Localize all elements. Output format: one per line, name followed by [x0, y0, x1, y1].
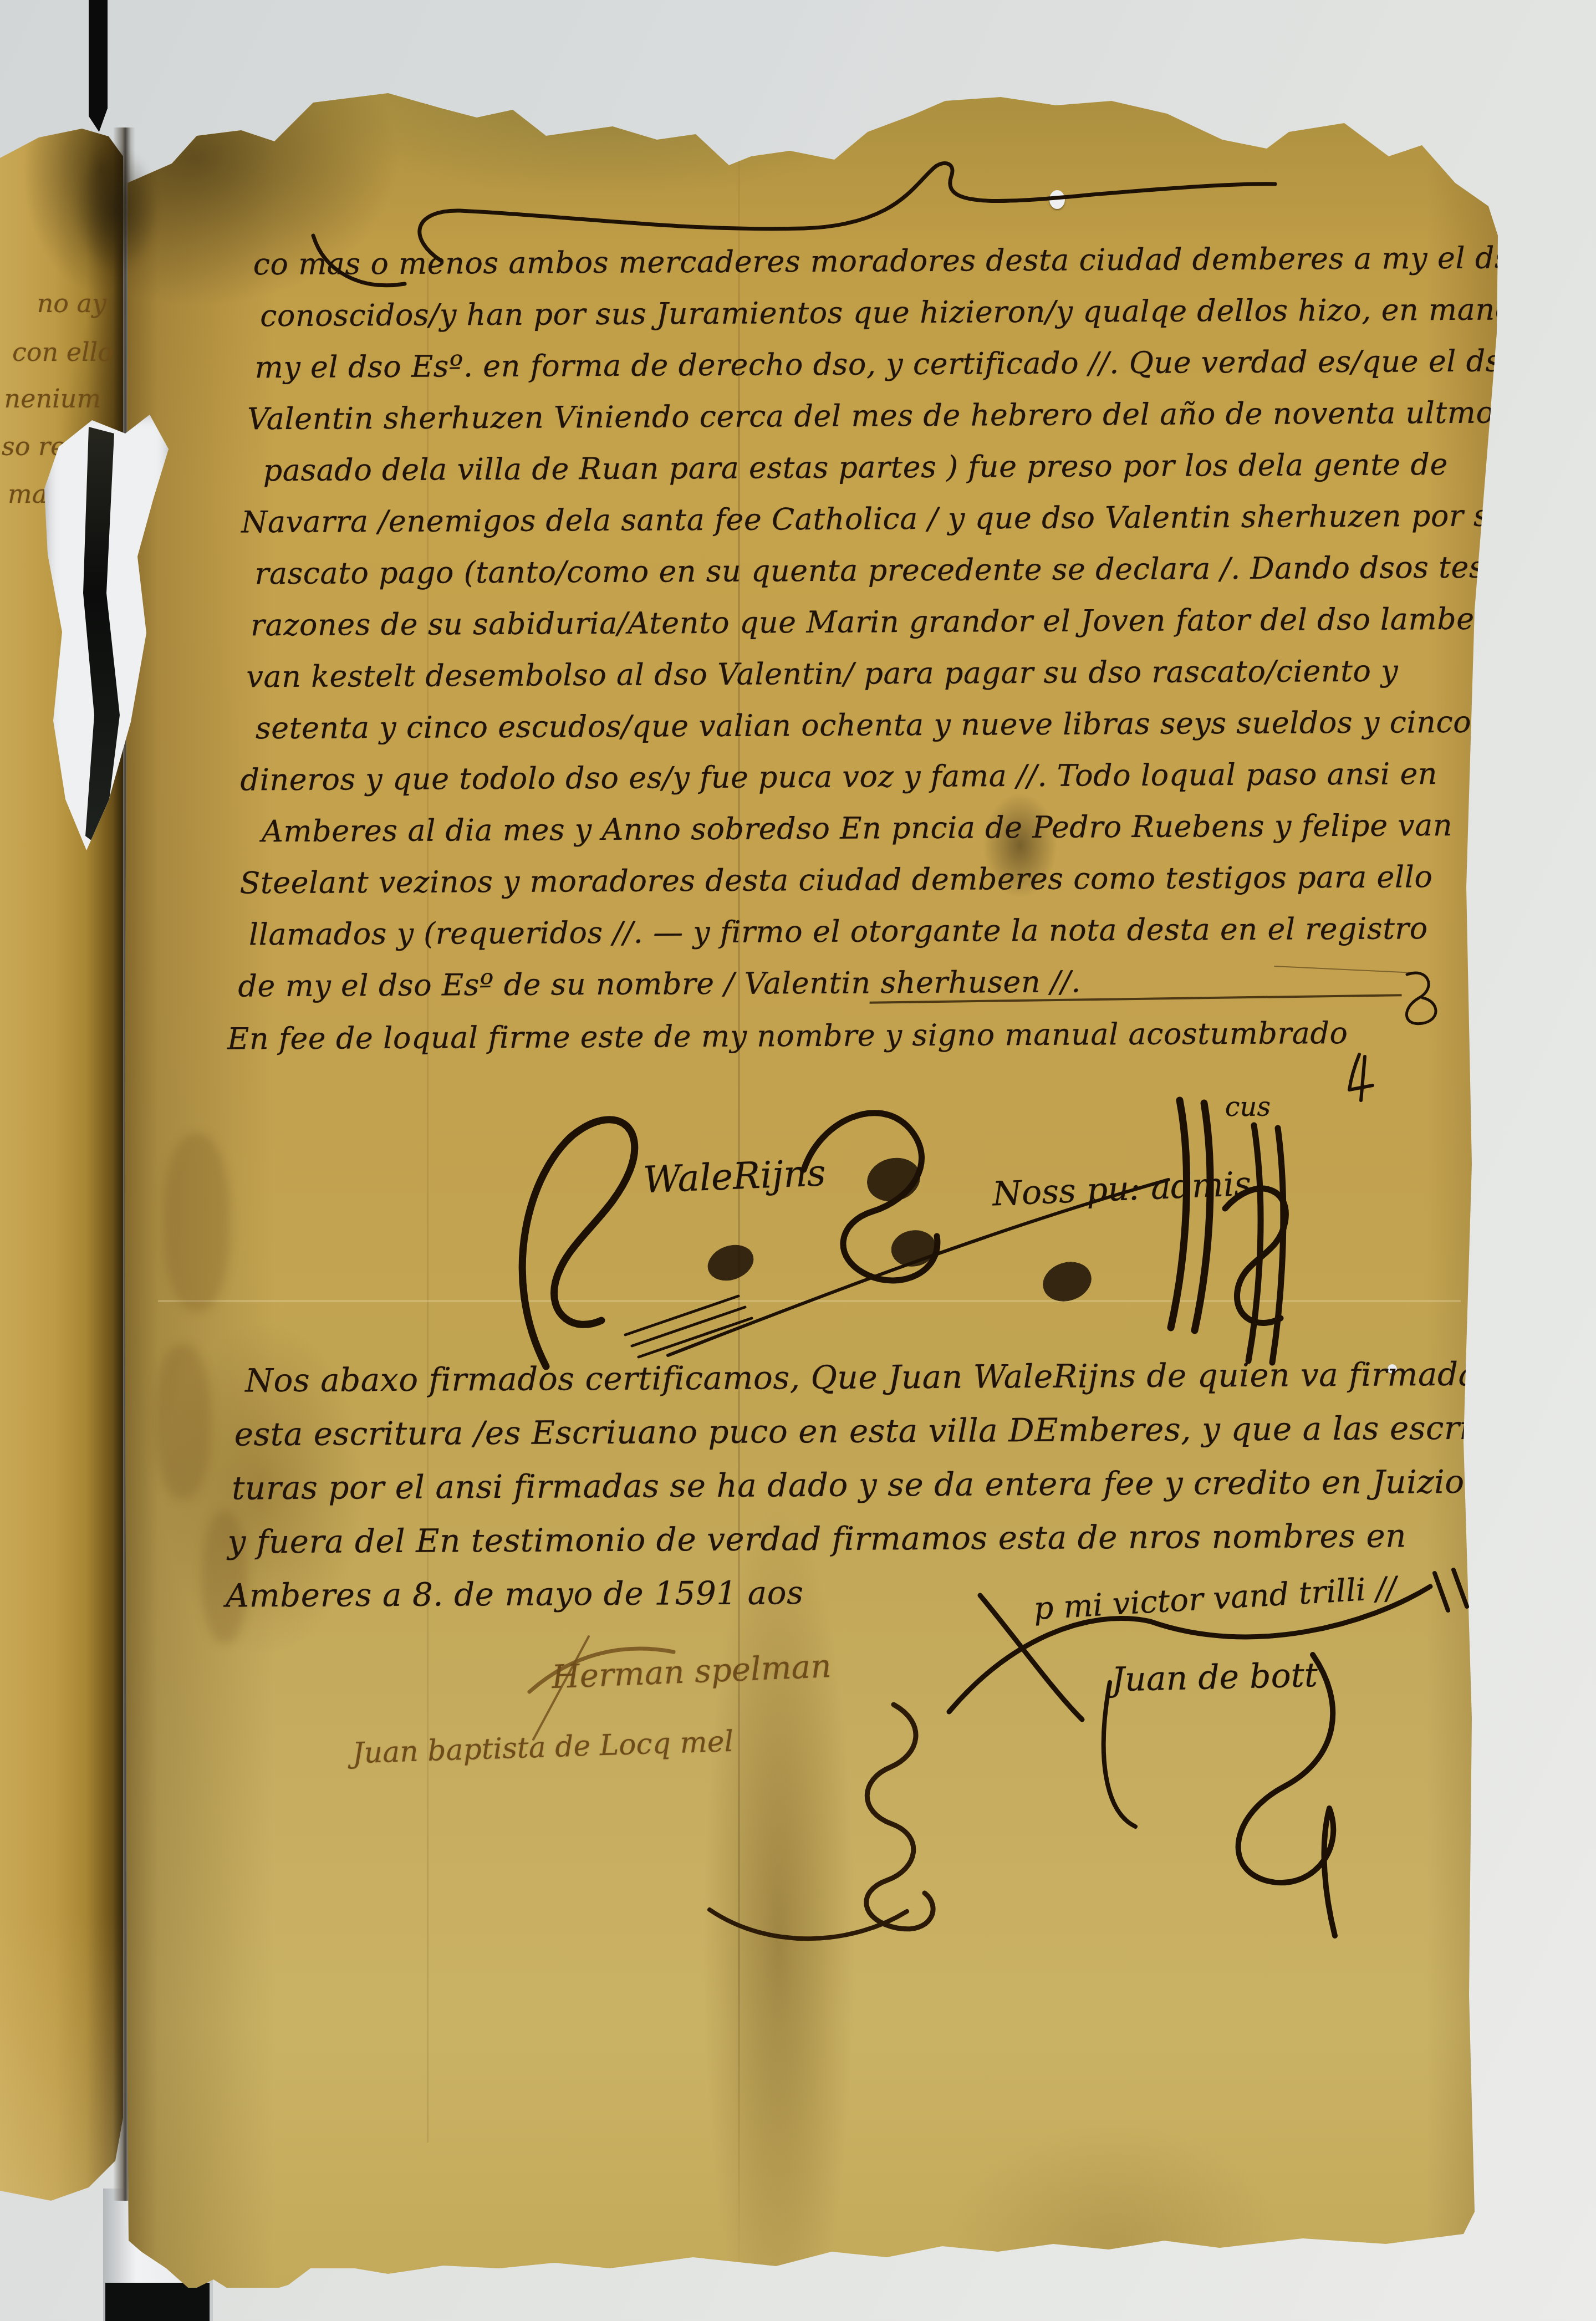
- certification-line: Nos abaxo firmados certificamos, Que Jua…: [245, 1355, 1478, 1400]
- manuscript-text-layer: co mas o menos ambos mercaderes moradore…: [125, 88, 1510, 2292]
- manuscript-line: van kestelt desembolso al dso Valentin/ …: [246, 653, 1398, 694]
- manuscript-line: Amberes al dia mes y Anno sobredso En pn…: [262, 808, 1453, 849]
- notary-title-script: Noss pu: admis: [992, 1165, 1252, 1214]
- manuscript-line: En fee de loqual firme este de my nombre…: [227, 1016, 1348, 1057]
- notary-name-script: WaleRijns: [643, 1151, 827, 1201]
- witness-signature-victor: p mi victor vand trilli //: [1033, 1570, 1398, 1627]
- manuscript-line: dineros y que todolo dso es/y fue puca v…: [240, 756, 1437, 797]
- gutter-smudge: [67, 130, 166, 330]
- witness-signature-juan-de-bott: Juan de bott: [1111, 1656, 1318, 1699]
- manuscript-line: llamados y (requeridos //. — y firmo el …: [249, 911, 1428, 952]
- margin-rule: [1274, 966, 1413, 973]
- manuscript-line: conoscidos/y han por sus Juramientos que…: [260, 292, 1576, 333]
- document-page: co mas o menos ambos mercaderes moradore…: [125, 91, 1498, 2288]
- manuscript-line: setenta y cinco escudos/que valian ochen…: [256, 705, 1471, 746]
- manuscript-line: Steelant vezinos y moradores desta ciuda…: [239, 859, 1432, 900]
- left-leaf-fragment: nenium: [4, 384, 101, 414]
- certification-line: y fuera del En testimonio de verdad firm…: [228, 1517, 1407, 1560]
- notary-side-note: cus: [1225, 1091, 1271, 1123]
- manuscript-line: de my el dso Esº de su nombre / Valentin…: [238, 964, 1081, 1003]
- manuscript-line: razones de su sabiduria/Atento que Marin…: [251, 601, 1520, 642]
- manuscript-line: pasado dela villa de Ruan para estas par…: [263, 447, 1448, 488]
- manuscript-line: co mas o menos ambos mercaderes moradore…: [253, 240, 1590, 282]
- scanner-strip-top: [89, 0, 108, 132]
- certification-line: Amberes a 8. de mayo de 1591 aos: [226, 1574, 804, 1614]
- witness-signature-spelman: Herman spelman: [551, 1647, 832, 1696]
- manuscript-line: Navarra /enemigos dela santa fee Catholi…: [241, 498, 1509, 539]
- left-leaf-fragment: con ello: [12, 337, 113, 367]
- manuscript-line: rascato pago (tanto/como en su quenta pr…: [254, 549, 1560, 591]
- witness-signature-locquenghien: Juan baptista de Locq mel: [352, 1725, 734, 1771]
- certification-line: turas por el ansi firmadas se ha dado y …: [232, 1463, 1465, 1507]
- scanned-document-scene: no ay con ello nenium so resto manos co …: [0, 0, 1596, 2321]
- manuscript-line: my el dso Esº. en forma de derecho dso, …: [254, 343, 1519, 385]
- certification-line: esta escritura /es Escriuano puco en est…: [234, 1409, 1499, 1453]
- manuscript-line: Valentin sherhuzen Viniendo cerca del me…: [247, 395, 1495, 437]
